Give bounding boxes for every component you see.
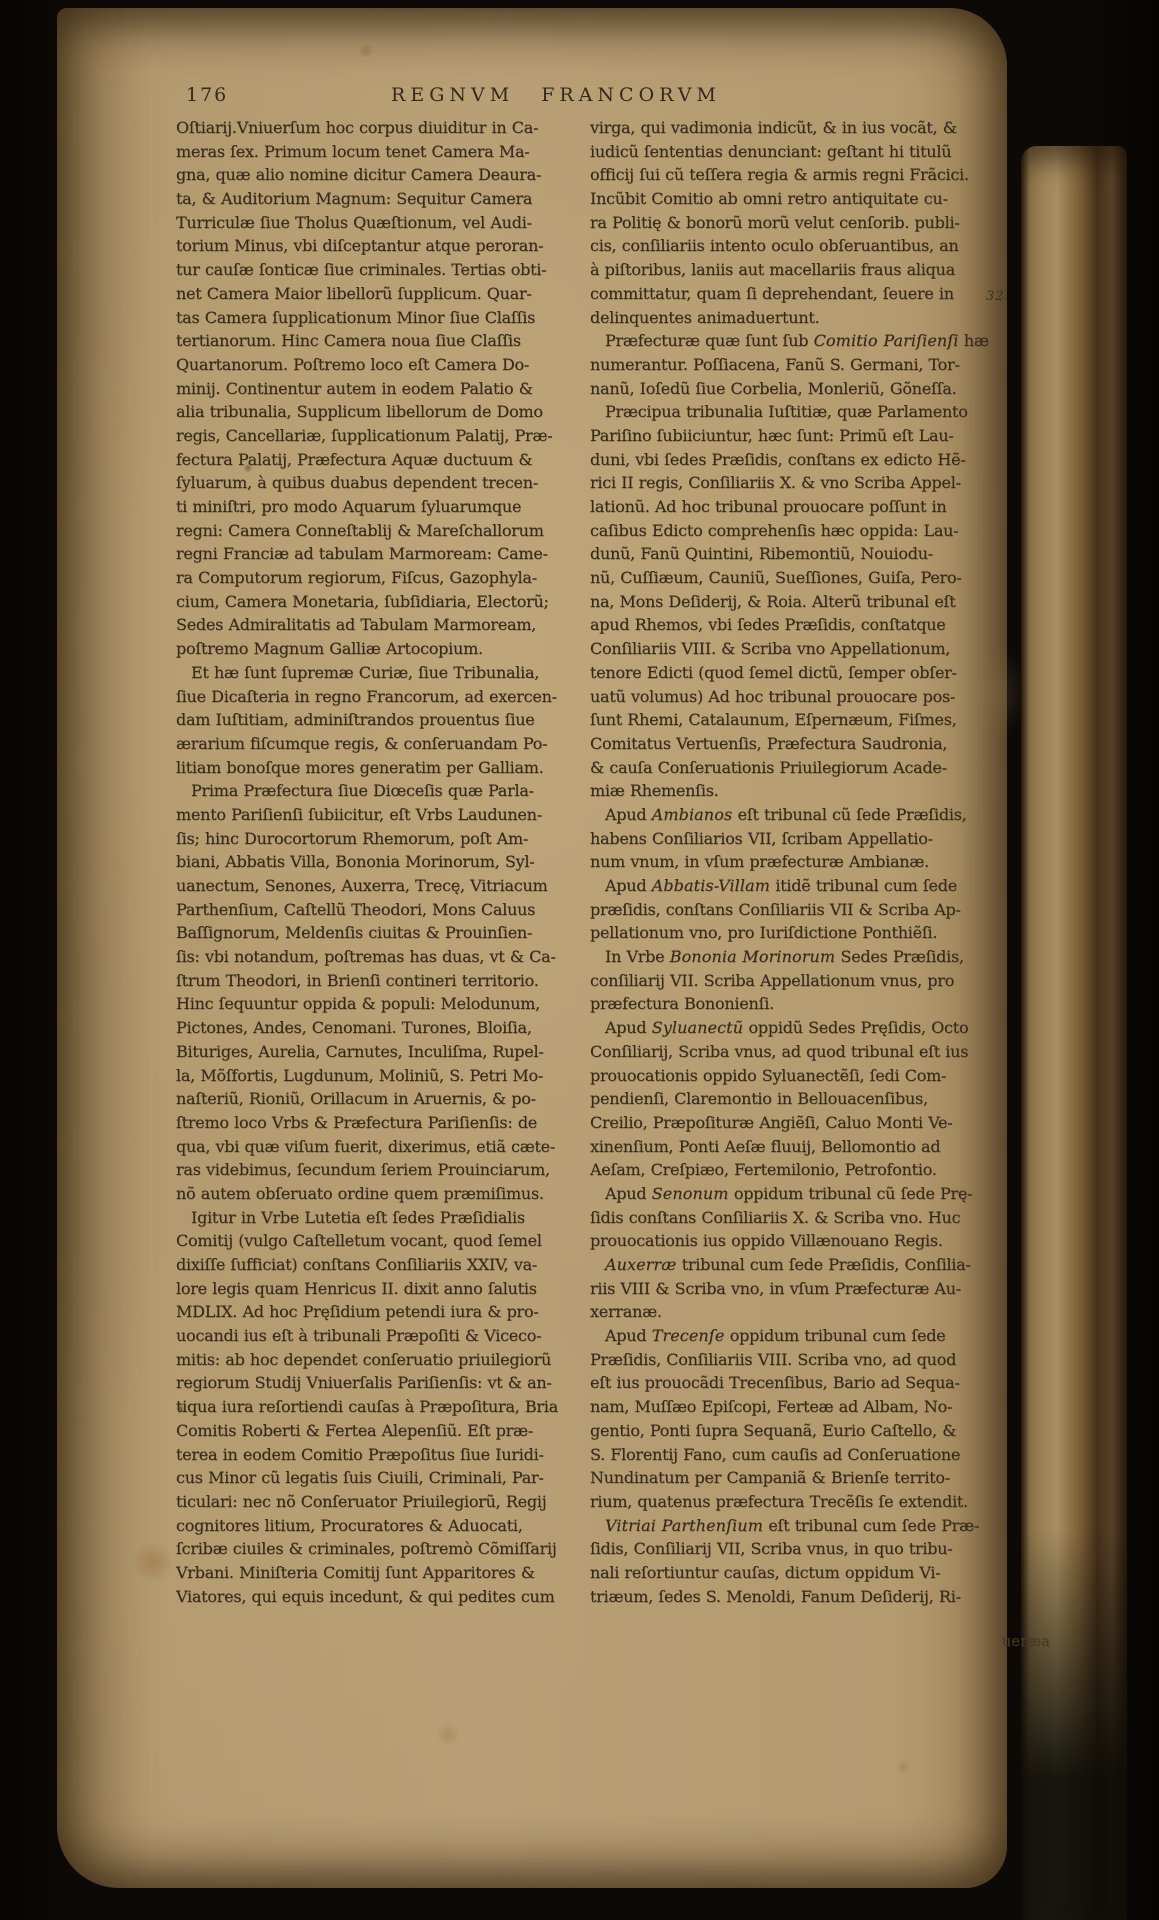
right-column: virga, qui vadimonia indicũt, & in ius v… [590, 116, 1010, 1608]
text-line: Pictones, Andes, Cenomani. Turones, Bloi… [176, 1016, 568, 1040]
text-line: à piſtoribus, laniis aut macellariis fra… [590, 258, 1010, 282]
text-block: Oſtiarij.Vniuerſum hoc corpus diuiditur … [176, 116, 1010, 1608]
text-line: Et hæ ſunt ſupremæ Curiæ, ſiue Tribunali… [176, 661, 568, 685]
text-line: regis, Cancellariæ, ſupplicationum Palat… [176, 424, 568, 448]
text-line: tenore Edicti (quod ſemel dictũ, ſemper … [590, 661, 1010, 685]
text-line: ſidis conſtans Conſiliariis X. & Scriba … [590, 1206, 1010, 1230]
text-line: qua, vbi quæ viſum fuerit, dixerimus, et… [176, 1135, 568, 1159]
text-line: triæum, ſedes S. Menoldi, Fanum Deſideri… [590, 1585, 1010, 1609]
text-line: ærarium fiſcumque regis, & conſeruandam … [176, 732, 568, 756]
text-line: dunũ, Fanũ Quintini, Ribemontiũ, Nouiodu… [590, 542, 1010, 566]
text-line: præfectura Bononienſi. [590, 992, 1010, 1016]
text-line: Præcipua tribunalia Iuſtitiæ, quæ Parlam… [590, 400, 1010, 424]
text-line: xerranæ. [590, 1300, 1010, 1324]
text-line: uatũ volumus) Ad hoc tribunal prouocare … [590, 685, 1010, 709]
text-line: Vrbani. Miniſteria Comitij ſunt Apparito… [176, 1561, 568, 1585]
running-header: REGNVM FRANCORVM [176, 84, 936, 106]
text-line: Viatores, qui equis incedunt, & qui pedi… [176, 1585, 568, 1609]
text-line: uocandi ius eſt à tribunali Præpoſiti & … [176, 1324, 568, 1348]
text-line: In Vrbe Bononia Morinorum Sedes Præſidis… [590, 945, 1010, 969]
text-line: lore legis quam Henricus II. dixit anno … [176, 1277, 568, 1301]
text-line: nali reſortiuntur cauſas, dictum oppidum… [590, 1561, 1010, 1585]
text-line: Incũbit Comitio ab omni retro antiquitat… [590, 187, 1010, 211]
text-line: Sedes Admiralitatis ad Tabulam Marmoream… [176, 613, 568, 637]
text-line: torium Minus, vbi diſceptantur atque per… [176, 234, 568, 258]
text-line: tiqua iura reſortiendi cauſas à Præpoſit… [176, 1395, 568, 1419]
text-line: Pariſino ſubiiciuntur, hæc ſunt: Primũ e… [590, 424, 1010, 448]
text-line: nũ, Cuſſiæum, Cauniũ, Sueſſiones, Guiſa,… [590, 566, 1010, 590]
paper-stain [435, 1724, 461, 1746]
text-line: numerantur. Poſſiacena, Fanũ S. Germani,… [590, 353, 1010, 377]
text-line: S. Florentij Fano, cum cauſis ad Conſeru… [590, 1443, 1010, 1467]
text-line: iudicũ ſententias denunciant: geſtant hi… [590, 140, 1010, 164]
text-line: MDLIX. Ad hoc Pręſidium petendi iura & p… [176, 1300, 568, 1324]
text-line: alia tribunalia, Supplicum libellorum de… [176, 400, 568, 424]
text-line: tur cauſæ ſonticæ ſiue criminales. Terti… [176, 258, 568, 282]
text-line: rici II regis, Conſiliariis X. & vno Scr… [590, 471, 1010, 495]
paper-stain [131, 1542, 175, 1582]
text-line: dixiſſe ſufficiat) conſtans Conſiliariis… [176, 1253, 568, 1277]
adjacent-page-edge [1021, 146, 1127, 1920]
text-line: ſyluarum, à quibus duabus dependent trec… [176, 471, 568, 495]
text-line: mento Pariſienſi ſubiicitur, eſt Vrbs La… [176, 803, 568, 827]
text-line: tas Camera ſupplicationum Minor ſiue Cla… [176, 306, 568, 330]
text-line: gna, quæ alio nomine dicitur Camera Deau… [176, 163, 568, 187]
text-line: Conſiliariis VIII. & Scriba vno Appellat… [590, 637, 1010, 661]
text-line: ta, & Auditorium Magnum: Sequitur Camera [176, 187, 568, 211]
text-line: Apud Senonum oppidum tribunal cũ ſede Pr… [590, 1182, 1010, 1206]
text-line: lationũ. Ad hoc tribunal prouocare poſſu… [590, 495, 1010, 519]
text-line: riis VIII & Scriba vno, in vſum Præfectu… [590, 1277, 1010, 1301]
text-line: Turriculæ ſiue Tholus Quæſtionum, vel Au… [176, 211, 568, 235]
text-line: nanũ, Ioſedũ ſiue Corbelia, Monleriũ, Gõ… [590, 377, 1010, 401]
text-line: ſis; hinc Durocortorum Rhemorum, poſt Am… [176, 827, 568, 851]
text-line: Quartanorum. Poſtremo loco eſt Camera Do… [176, 353, 568, 377]
text-line: Parthenſium, Caſtellũ Theodori, Mons Cal… [176, 898, 568, 922]
text-line: duni, vbi ſedes Præſidis, conſtans ex ed… [590, 448, 1010, 472]
text-line: mitis: ab hoc dependet conſeruatio priui… [176, 1348, 568, 1372]
text-line: ſis: vbi notandum, poſtremas has duas, v… [176, 945, 568, 969]
text-line: præſidis, conſtans Conſiliariis VII & Sc… [590, 898, 1010, 922]
text-line: naſteriũ, Rioniũ, Orillacum in Aruernis,… [176, 1087, 568, 1111]
paper-stain [357, 44, 375, 58]
margin-note: 32. [986, 289, 1010, 304]
text-line: regiorum Studij Vniuerſalis Pariſienſis:… [176, 1371, 568, 1395]
text-line: uanectum, Senones, Auxerra, Trecę, Vitri… [176, 874, 568, 898]
text-line: ti miniſtri, pro modo Aquarum ſyluarumqu… [176, 495, 568, 519]
text-line: fectura Palatij, Præfectura Aquæ ductuum… [176, 448, 568, 472]
text-line: & cauſa Conſeruationis Priuilegiorum Aca… [590, 756, 1010, 780]
text-line: cis, conſiliariis intento oculo obſeruan… [590, 234, 1010, 258]
text-line: Apud Syluanectũ oppidũ Sedes Pręſidis, O… [590, 1016, 1010, 1040]
text-line: cus Minor cũ legatis ſuis Ciuili, Crimin… [176, 1466, 568, 1490]
text-line: Apud Abbatis-Villam itidẽ tribunal cum ſ… [590, 874, 1010, 898]
text-line: Vitriai Parthenſium eſt tribunal cum ſed… [590, 1514, 1010, 1538]
text-line: prouocationis oppido Syluanectẽſi, ſedi … [590, 1064, 1010, 1088]
text-line: ſtrum Theodori, in Brienſi contineri ter… [176, 969, 568, 993]
text-line: Comitis Roberti & Fertea Alepenſiũ. Eſt … [176, 1419, 568, 1443]
text-line: virga, qui vadimonia indicũt, & in ius v… [590, 116, 1010, 140]
text-line: cognitores litium, Procuratores & Aduoca… [176, 1514, 568, 1538]
text-line: na, Mons Deſiderij, & Roia. Alterũ tribu… [590, 590, 1010, 614]
paper-stain [895, 1760, 911, 1774]
text-line: cium, Camera Monetaria, ſubſidiaria, Ele… [176, 590, 568, 614]
text-line: officij ſui cũ teſſera regia & armis reg… [590, 163, 1010, 187]
text-line: delinquentes animaduertunt. [590, 306, 1010, 330]
text-line: Apud Trecenſe oppidum tribunal cum ſede [590, 1324, 1010, 1348]
text-line: habens Conſiliarios VII, ſcribam Appella… [590, 827, 1010, 851]
text-line: gentio, Ponti ſupra Sequanã, Eurio Caſte… [590, 1419, 1010, 1443]
text-line: Nundinatum per Campaniã & Brienſe territ… [590, 1466, 1010, 1490]
text-line: Prima Præfectura ſiue Diœceſis quæ Parla… [176, 779, 568, 803]
text-line: Igitur in Vrbe Lutetia eſt ſedes Præſidi… [176, 1206, 568, 1230]
text-line: meras ſex. Primum locum tenet Camera Ma- [176, 140, 568, 164]
catchword: ueræa [700, 1634, 1050, 1650]
text-line: poſtremo Magnum Galliæ Artocopium. [176, 637, 568, 661]
text-line: ra Politię & bonorũ morũ velut cenſorib.… [590, 211, 1010, 235]
text-line: ra Computorum regiorum, Fiſcus, Gazophyl… [176, 566, 568, 590]
text-line: dam Iuſtitiam, adminiſtrandos prouentus … [176, 708, 568, 732]
text-line: la, Mõſfortis, Lugdunum, Moliniũ, S. Pet… [176, 1064, 568, 1088]
text-line: ſcribæ ciuiles & criminales, poſtremò Cõ… [176, 1537, 568, 1561]
text-line: caſibus Edicto comprehenſis hæc oppida: … [590, 519, 1010, 543]
text-line: Conſiliarij, Scriba vnus, ad quod tribun… [590, 1040, 1010, 1064]
text-line: xinenſium, Ponti Aeſæ fluuij, Bellomonti… [590, 1135, 1010, 1159]
text-line: Oſtiarij.Vniuerſum hoc corpus diuiditur … [176, 116, 568, 140]
text-line: conſiliarij VII. Scriba Appellationum vn… [590, 969, 1010, 993]
text-line: num vnum, in vſum præfecturæ Ambianæ. [590, 850, 1010, 874]
text-line: nam, Muſſæo Epiſcopi, Ferteæ ad Albam, N… [590, 1395, 1010, 1419]
book-photo: 176 REGNVM FRANCORVM Oſtiarij.Vniuerſum … [0, 0, 1159, 1920]
text-line: nõ autem obſeruato ordine quem præmiſimu… [176, 1182, 568, 1206]
text-line: committatur, quam ſi deprehendant, ſeuer… [590, 282, 1010, 306]
text-line: Hinc ſequuntur oppida & populi: Melodunu… [176, 992, 568, 1016]
text-line: eſt ius prouocãdi Trecenſibus, Bario ad … [590, 1371, 1010, 1395]
text-line: Aeſam, Creſpiæo, Fertemilonio, Petrofont… [590, 1158, 1010, 1182]
text-line: ras videbimus, ſecundum ſeriem Prouincia… [176, 1158, 568, 1182]
text-line: prouocationis ius oppido Villænouano Reg… [590, 1229, 1010, 1253]
text-line: Comitatus Vertuenſis, Præfectura Saudron… [590, 732, 1010, 756]
text-line: pellationum vno, pro Iuriſdictione Ponth… [590, 921, 1010, 945]
text-line: net Camera Maior libellorũ ſupplicum. Qu… [176, 282, 568, 306]
text-line: biani, Abbatis Villa, Bononia Morinorum,… [176, 850, 568, 874]
text-line: regni Franciæ ad tabulam Marmoream: Came… [176, 542, 568, 566]
text-line: pendienſi, Claremontio in Bellouacenſibu… [590, 1087, 1010, 1111]
text-line: litiam bonoſque mores generatim per Gall… [176, 756, 568, 780]
text-line: ſiue Dicaſteria in regno Francorum, ad e… [176, 685, 568, 709]
text-line: regni: Camera Conneſtablij & Mareſchallo… [176, 519, 568, 543]
text-line: miæ Rhemenſis. [590, 779, 1010, 803]
text-line: Comitij (vulgo Caſtelletum vocant, quod … [176, 1229, 568, 1253]
text-line: Baſſignorum, Meldenſis ciuitas & Prouinſ… [176, 921, 568, 945]
text-line: Creilio, Præpoſituræ Angiẽſi, Caluo Mont… [590, 1111, 1010, 1135]
text-line: rium, quatenus præfectura Trecẽſis ſe ex… [590, 1490, 1010, 1514]
text-line: Apud Ambianos eſt tribunal cũ ſede Præſi… [590, 803, 1010, 827]
text-line: minij. Continentur autem in eodem Palati… [176, 377, 568, 401]
text-line: Bituriges, Aurelia, Carnutes, Inculiſma,… [176, 1040, 568, 1064]
text-line: tertianorum. Hinc Camera noua ſiue Claſſ… [176, 329, 568, 353]
text-line: ſunt Rhemi, Catalaunum, Eſpernæum, Fiſme… [590, 708, 1010, 732]
text-line: apud Rhemos, vbi ſedes Præſidis, conſtat… [590, 613, 1010, 637]
text-line: Præfecturæ quæ ſunt ſub Comitio Pariſien… [590, 329, 1010, 353]
text-line: ſtremo loco Vrbs & Præfectura Pariſienſi… [176, 1111, 568, 1135]
left-column: Oſtiarij.Vniuerſum hoc corpus diuiditur … [176, 116, 568, 1608]
text-line: terea in eodem Comitio Præpoſitus ſiue I… [176, 1443, 568, 1467]
text-line: ticulari: nec nõ Conſeruator Priuilegior… [176, 1490, 568, 1514]
text-line: ſidis, Conſiliarij VII, Scriba vnus, in … [590, 1537, 1010, 1561]
text-line: Præſidis, Conſiliariis VIII. Scriba vno,… [590, 1348, 1010, 1372]
text-line: Auxerræ tribunal cum ſede Præſidis, Conſ… [590, 1253, 1010, 1277]
